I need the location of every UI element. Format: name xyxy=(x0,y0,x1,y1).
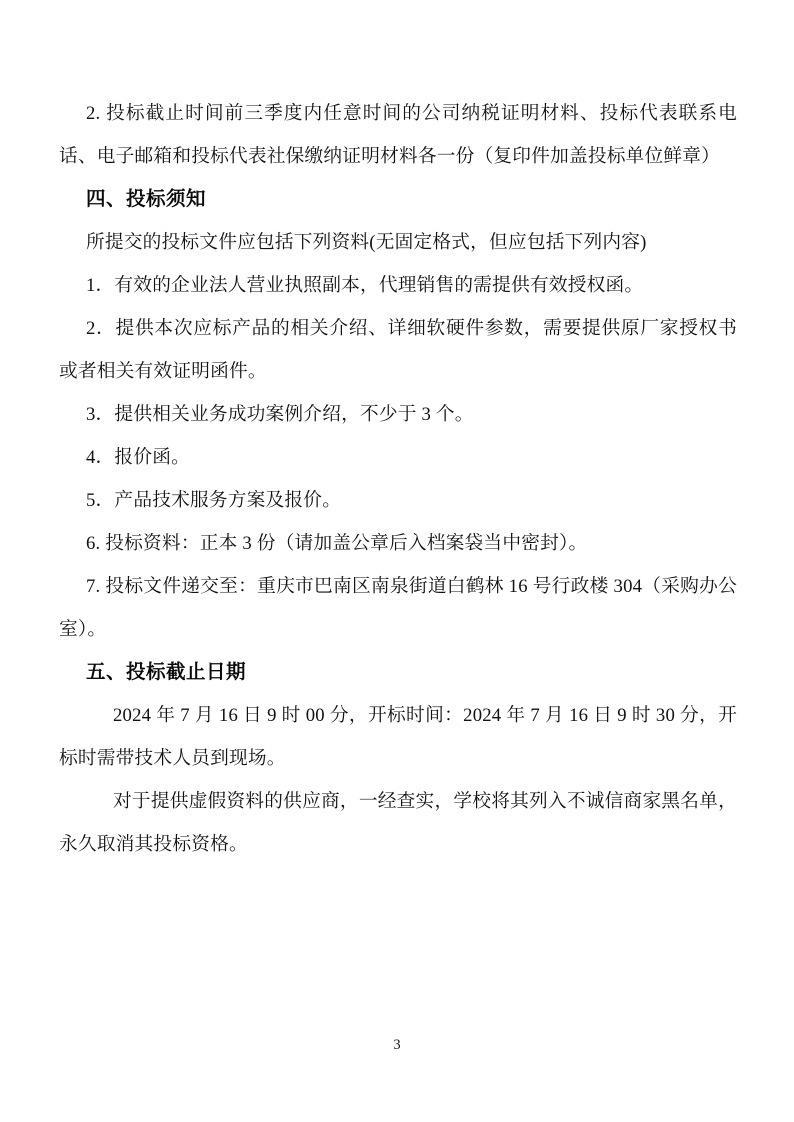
bid-requirement-item-4: 4．报价函。 xyxy=(59,436,737,479)
heading-section-5-bid-deadline: 五、投标截止日期 xyxy=(59,651,737,694)
bid-requirement-item-5: 5．产品技术服务方案及报价。 xyxy=(59,479,737,522)
bid-requirement-item-1: 1．有效的企业法人营业执照副本，代理销售的需提供有效授权函。 xyxy=(59,264,737,307)
paragraph-fraud-warning: 对于提供虚假资料的供应商，一经查实，学校将其列入不诚信商家黑名单，永久取消其投标… xyxy=(59,780,737,866)
bid-requirement-item-2: 2．提供本次应标产品的相关介绍、详细软硬件参数，需要提供原厂家授权书或者相关有效… xyxy=(59,307,737,393)
paragraph-bid-docs-intro: 所提交的投标文件应包括下列资料(无固定格式，但应包括下列内容) xyxy=(59,221,737,264)
bid-requirement-item-3: 3．提供相关业务成功案例介绍，不少于 3 个。 xyxy=(59,393,737,436)
paragraph-deadline: 2024 年 7 月 16 日 9 时 00 分，开标时间：2024 年 7 月… xyxy=(59,694,737,780)
heading-section-4-bid-instructions: 四、投标须知 xyxy=(59,178,737,221)
bid-requirement-item-6: 6. 投标资料：正本 3 份（请加盖公章后入档案袋当中密封）。 xyxy=(59,522,737,565)
paragraph-tax-certificates: 2. 投标截止时间前三季度内任意时间的公司纳税证明材料、投标代表联系电话、电子邮… xyxy=(59,92,737,178)
document-page: 2. 投标截止时间前三季度内任意时间的公司纳税证明材料、投标代表联系电话、电子邮… xyxy=(0,0,794,1122)
document-body: 2. 投标截止时间前三季度内任意时间的公司纳税证明材料、投标代表联系电话、电子邮… xyxy=(59,92,737,866)
bid-requirement-item-7: 7. 投标文件递交至：重庆市巴南区南泉街道白鹤林 16 号行政楼 304（采购办… xyxy=(59,565,737,651)
page-number: 3 xyxy=(0,1036,794,1054)
